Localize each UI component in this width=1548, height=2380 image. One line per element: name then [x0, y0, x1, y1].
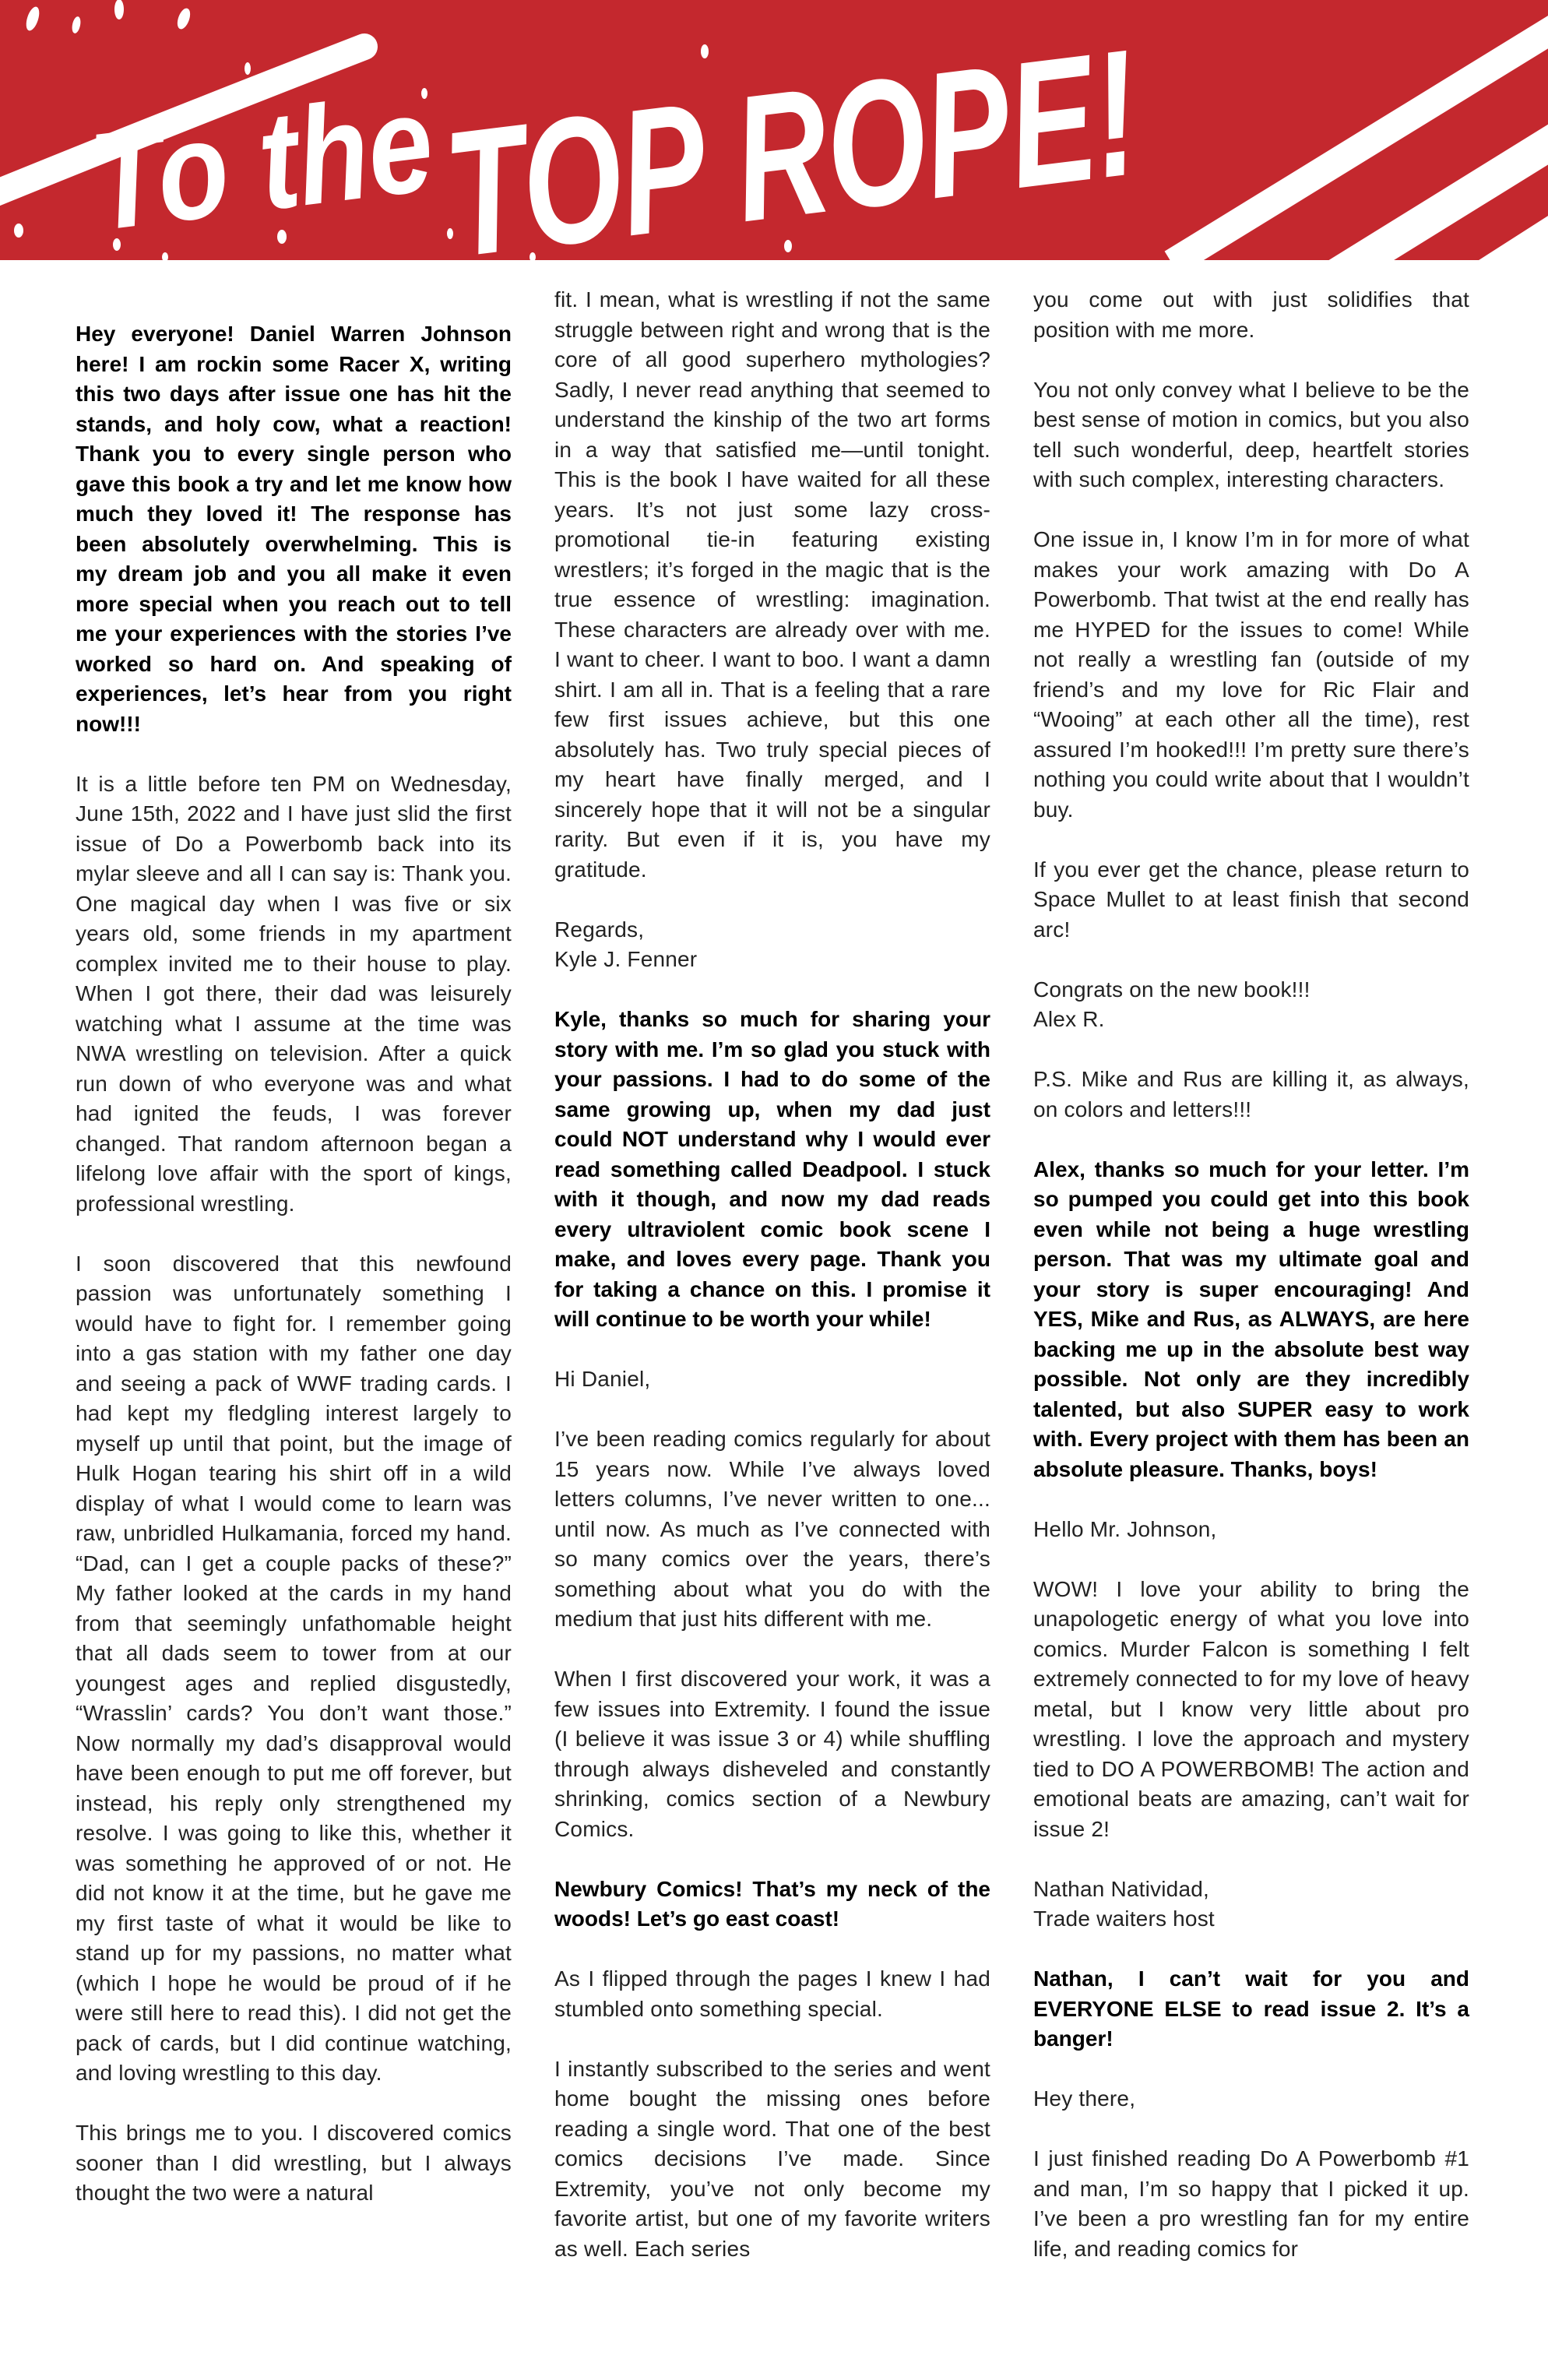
letter-paragraph: fit. I mean, what is wrestling if not th… [554, 285, 990, 885]
letter-paragraph: you come out with just solidifies that p… [1033, 285, 1469, 345]
letter-paragraph: I soon discovered that this newfound pas… [76, 1249, 512, 2089]
editor-response: Alex, thanks so much for your letter. I’… [1033, 1155, 1469, 1485]
letter-paragraph: WOW! I love your ability to bring the un… [1033, 1575, 1469, 1845]
letter-greeting: Hello Mr. Johnson, [1033, 1515, 1469, 1545]
letter-paragraph: You not only convey what I believe to be… [1033, 375, 1469, 495]
letter-paragraph: I just finished reading Do A Powerbomb #… [1033, 2144, 1469, 2264]
letter-paragraph: I’ve been reading comics regularly for a… [554, 1424, 990, 1635]
column-1: Hey everyone! Daniel Warren Johnson here… [76, 285, 512, 2294]
letter-greeting: Hi Daniel, [554, 1364, 990, 1395]
letter-greeting: Hey there, [1033, 2084, 1469, 2114]
letters-columns: Hey everyone! Daniel Warren Johnson here… [0, 265, 1548, 2294]
letter-paragraph: As I flipped through the pages I knew I … [554, 1964, 990, 2024]
editor-response: Kyle, thanks so much for sharing your st… [554, 1005, 990, 1335]
letter-paragraph: This brings me to you. I discovered comi… [76, 2118, 512, 2209]
letters-page: To the TOP ROPE! Hey everyone! Daniel Wa… [0, 0, 1548, 2380]
letter-signature: Congrats on the new book!!! Alex R. [1033, 975, 1469, 1035]
letter-paragraph: If you ever get the chance, please retur… [1033, 855, 1469, 945]
letter-paragraph: It is a little before ten PM on Wednesda… [76, 769, 512, 1220]
letter-paragraph: When I first discovered your work, it wa… [554, 1664, 990, 1844]
letter-paragraph: One issue in, I know I’m in for more of … [1033, 525, 1469, 825]
letter-paragraph: I instantly subscribed to the series and… [554, 2054, 990, 2265]
letter-signature: Nathan Natividad, Trade waiters host [1033, 1875, 1469, 1935]
editor-response: Newbury Comics! That’s my neck of the wo… [554, 1875, 990, 1935]
column-3: you come out with just solidifies that p… [1033, 285, 1469, 2294]
top-rope-banner: To the TOP ROPE! [0, 0, 1548, 265]
column-2: fit. I mean, what is wrestling if not th… [554, 285, 990, 2294]
editor-intro: Hey everyone! Daniel Warren Johnson here… [76, 319, 512, 739]
editor-response: Nathan, I can’t wait for you and EVERYON… [1033, 1964, 1469, 2054]
letter-signature: Regards, Kyle J. Fenner [554, 915, 990, 975]
letter-postscript: P.S. Mike and Rus are killing it, as alw… [1033, 1065, 1469, 1125]
banner-art: To the TOP ROPE! [0, 0, 1548, 265]
